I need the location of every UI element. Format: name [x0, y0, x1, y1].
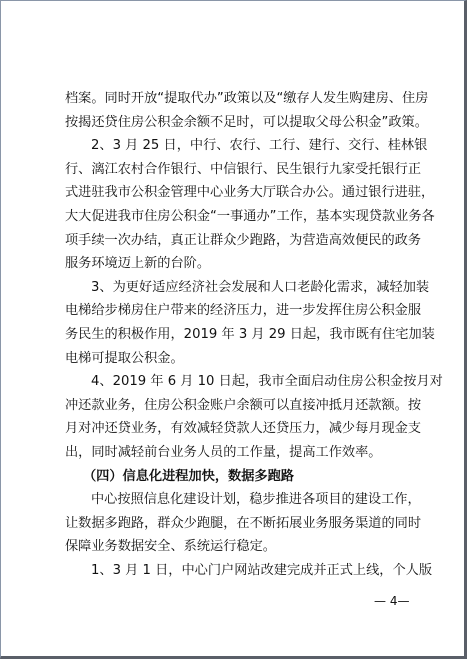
paragraph-line: 档案。同时开放“提取代办”政策以及“缴存人发生购建房、住房: [65, 87, 408, 111]
paragraph-line: 电梯可提取公积金。: [65, 347, 408, 371]
paragraph-line: 出，同时减轻前台业务人员的工作量，提高工作效率。: [65, 441, 408, 465]
paragraph-line: 冲还款业务，住房公积金账户余额可以直接冲抵月还款额。按: [65, 394, 408, 418]
paragraph-line: 式进驻我市公积金管理中心业务大厅联合办公。通过银行进驻，: [65, 181, 408, 205]
paragraph-line: 按揭还贷住房公积金余额不足时，可以提取父母公积金”政策。: [65, 111, 408, 135]
document-body: 档案。同时开放“提取代办”政策以及“缴存人发生购建房、住房 按揭还贷住房公积金余…: [65, 87, 408, 582]
paragraph-line: 1、3 月 1 日，中心门户网站改建完成并正式上线，个人版: [65, 559, 408, 583]
page-number: — 4—: [374, 594, 409, 608]
section-heading: （四）信息化进程加快，数据多跑路: [65, 465, 408, 489]
paragraph-line: 行、漓江农村合作银行、中信银行、民生银行九家受托银行正: [65, 158, 408, 182]
paragraph-line: 中心按照信息化建设计划，稳步推进各项目的建设工作，: [65, 488, 408, 512]
paragraph-line: 月对冲还贷业务，有效减轻贷款人还贷压力，减少每月现金支: [65, 417, 408, 441]
paragraph-line: 3、为更好适应经济社会发展和人口老龄化需求，减轻加装: [65, 276, 408, 300]
paragraph-line: 4、2019 年 6 月 10 日起，我市全面启动住房公积金按月对: [65, 370, 408, 394]
paragraph-line: 大大促进我市住房公积金“一事通办”工作，基本实现贷款业务各: [65, 205, 408, 229]
paragraph-line: 服务环境迈上新的台阶。: [65, 252, 408, 276]
paragraph-line: 项手续一次办结，真正让群众少跑路，为营造高效便民的政务: [65, 229, 408, 253]
document-page: 档案。同时开放“提取代办”政策以及“缴存人发生购建房、住房 按揭还贷住房公积金余…: [0, 0, 467, 659]
paragraph-line: 务民生的积极作用，2019 年 3 月 29 日起，我市既有住宅加装: [65, 323, 408, 347]
paragraph-line: 2、3 月 25 日，中行、农行、工行、建行、交行、桂林银: [65, 134, 408, 158]
paragraph-line: 保障业务数据安全、系统运行稳定。: [65, 535, 408, 559]
paragraph-line: 电梯给步梯房住户带来的经济压力，进一步发挥住房公积金服: [65, 299, 408, 323]
paragraph-line: 让数据多跑路，群众少跑腿，在不断拓展业务服务渠道的同时: [65, 512, 408, 536]
